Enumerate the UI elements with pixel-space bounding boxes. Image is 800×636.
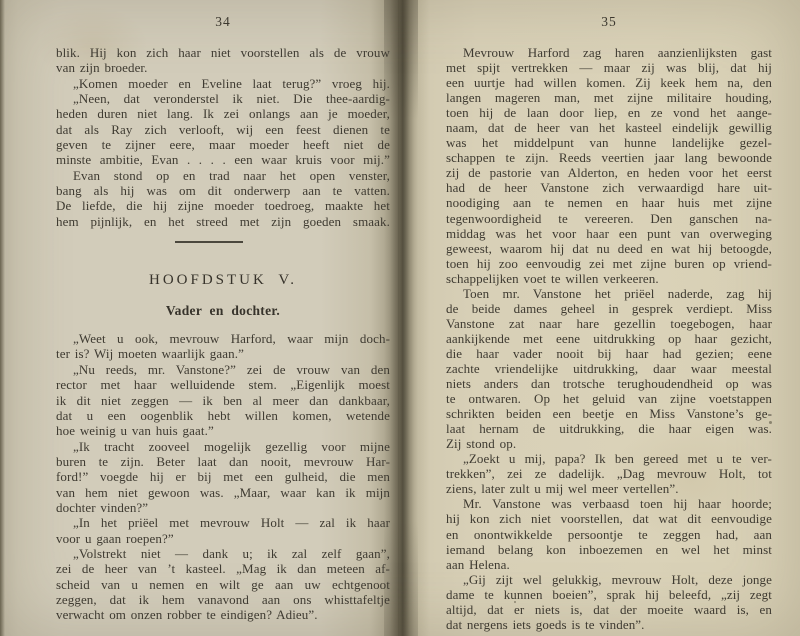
text-line: minste ambitie, Evan . . . . een waar kr… bbox=[56, 152, 390, 167]
text-line: dochter vinden?” bbox=[56, 500, 390, 515]
text-line: toen hij zoo eenvoudig zei met zijne bur… bbox=[446, 256, 772, 271]
text-line: ford!” voegde hij er bij met een gulheid… bbox=[56, 469, 390, 484]
text-line: zei de heer van ’t kasteel. „Mag ik dan … bbox=[56, 561, 390, 576]
text-line: hem pijnlijk, en het streed met zijn goe… bbox=[56, 214, 390, 229]
text-line: zachte vriendelijke uitdrukking, daar wa… bbox=[446, 361, 772, 376]
text-line: die haar vader nooit bij haar had gezien… bbox=[446, 346, 772, 361]
text-line: aankijkende met eene uitdrukking op haar… bbox=[446, 331, 772, 346]
text-line: van hem niet gewoon was. „Maar, waar kan… bbox=[56, 485, 390, 500]
text-line: trekken”, zei ze dadelijk. „Dag mevrouw … bbox=[446, 466, 772, 481]
text-line: scheid van u nemen en wilt ge aan uw ech… bbox=[56, 577, 390, 592]
text-line: schappelijken voet te willen verkeeren. bbox=[446, 271, 772, 286]
text-line: had de heer Vanstone zich verwaardigd ha… bbox=[446, 180, 772, 195]
text-line: voor u gaan roepen?” bbox=[56, 531, 390, 546]
text-line: ik dit niet zeggen — ik ben al meer dan … bbox=[56, 393, 390, 408]
text-line: dat nergens iets goeds is te vinden”. bbox=[446, 617, 772, 632]
text-line: toen hij de laan door liep, en ze vond h… bbox=[446, 105, 772, 120]
text-line: Mevrouw Harford zag haren aanzienlijkste… bbox=[446, 45, 772, 60]
text-line: Evan stond op en trad naar het open vens… bbox=[56, 168, 390, 183]
text-line: „In het priëel met mevrouw Holt — zal ik… bbox=[56, 515, 390, 530]
page-edge-shadow bbox=[0, 0, 5, 636]
text-line: „Volstrekt niet — dank u; ik zal zelf ga… bbox=[56, 546, 390, 561]
text-line: Zij stond op. bbox=[446, 436, 772, 451]
text-line: tegenwoordigheid te vereeren. Den gansch… bbox=[446, 211, 772, 226]
text-line: laat hernam de uitdrukking, die haar eig… bbox=[446, 421, 772, 436]
text-line: geweest, waarom hij dat nu deed en wat h… bbox=[446, 241, 772, 256]
text-line: dame te kunnen boeien”, sprak hij beleef… bbox=[446, 587, 772, 602]
text-line: verwacht om onzen robber te eindigen? Ad… bbox=[56, 607, 390, 622]
text-line: de beide dames geheel in gesprek verdiep… bbox=[446, 301, 772, 316]
text-line: buren te zijn. Beter laat dan nooit, mev… bbox=[56, 454, 390, 469]
text-line: naam, dat de heer van het kasteel eindel… bbox=[446, 120, 772, 135]
text-line: was het middelpunt van hunne landelijke … bbox=[446, 135, 772, 150]
text-line: Vanstone zat naar hare gezellin toegebog… bbox=[446, 316, 772, 331]
text-line: geven te zijner eere, maar moeder heeft … bbox=[56, 137, 390, 152]
left-page-text: blik. Hij kon zich haar niet voorstellen… bbox=[56, 45, 390, 623]
text-line: blik. Hij kon zich haar niet voorstellen… bbox=[56, 45, 390, 60]
text-line: een uurtje had willen komen. Zij keek he… bbox=[446, 75, 772, 90]
right-page-text: Mevrouw Harford zag haren aanzienlijkste… bbox=[446, 45, 772, 632]
text-line: dat als Ray zich verlooft, wij een feest… bbox=[56, 122, 390, 137]
text-line: van zijn broeder. bbox=[56, 60, 390, 75]
page-number-left: 34 bbox=[56, 14, 390, 30]
text-line: „Weet u ook, mevrouw Harford, waar mijn … bbox=[56, 331, 390, 346]
section-divider-rule bbox=[175, 241, 243, 243]
text-line: Toen mr. Vanstone het priëel naderde, za… bbox=[446, 286, 772, 301]
text-line: hoe weinig u van huis gaat.” bbox=[56, 423, 390, 438]
text-line: iemand belang kon inboezemen en wel het … bbox=[446, 542, 772, 557]
text-line: schappen te zijn. Reeds veertien jaar la… bbox=[446, 150, 772, 165]
text-line: noodiging aan te nemen en haar huis met … bbox=[446, 195, 772, 210]
text-line: „Gij zijt wel gelukkig, mevrouw Holt, de… bbox=[446, 572, 772, 587]
book-scan-spread: 34 blik. Hij kon zich haar niet voorstel… bbox=[0, 0, 800, 636]
text-line: rector met haar welluidende stem. „Eigen… bbox=[56, 377, 390, 392]
text-line: met spijt vertrekken — maar zij was blij… bbox=[446, 60, 772, 75]
text-line: zij de pastorie van Alderton, en heden v… bbox=[446, 165, 772, 180]
text-line: Mr. Vanstone was verbaasd toen hij haar … bbox=[446, 496, 772, 511]
text-line: hij kon zich niet voorstellen, dat wat d… bbox=[446, 511, 772, 526]
page-number-right: 35 bbox=[446, 14, 772, 30]
text-line: niets anders dan trotsche terughoudendhe… bbox=[446, 376, 772, 391]
text-line: „Nu reeds, mr. Vanstone?” zei de vrouw v… bbox=[56, 362, 390, 377]
text-line: bang als hij was om dit onderwerp aan te… bbox=[56, 183, 390, 198]
text-line: „Ik tracht zooveel mogelijk gezellig voo… bbox=[56, 439, 390, 454]
text-line: te ontwaren. Op het geluid van zijne voe… bbox=[446, 391, 772, 406]
text-line: aan Helena. bbox=[446, 557, 772, 572]
text-line: heden duren niet lang. Ik zei onlangs aa… bbox=[56, 106, 390, 121]
text-line: middag was het voor haar een punt van ov… bbox=[446, 226, 772, 241]
right-text-column: 35 Mevrouw Harford zag haren aanzienlijk… bbox=[446, 14, 772, 632]
text-line: De liefde, die hij zijne moeder toedroeg… bbox=[56, 198, 390, 213]
text-line: ziens, later zult u mij wel meer vertell… bbox=[446, 481, 772, 496]
text-line: dat u een oogenblik hebt willen komen, w… bbox=[56, 408, 390, 423]
text-line: zeggen, dat ik hem vanavond aan ons whis… bbox=[56, 592, 390, 607]
text-line: „Zoekt u mij, papa? Ik ben gereed met u … bbox=[446, 451, 772, 466]
left-text-column: 34 blik. Hij kon zich haar niet voorstel… bbox=[56, 14, 390, 623]
text-line: „Komen moeder en Eveline laat terug?” vr… bbox=[56, 76, 390, 91]
section-title: Vader en dochter. bbox=[56, 302, 390, 319]
chapter-heading: HOOFDSTUK V. bbox=[56, 271, 390, 290]
text-line: altijd, dat er niets is, dat der moeite … bbox=[446, 602, 772, 617]
text-line: schrikten beiden een beetje en Miss Vans… bbox=[446, 406, 772, 421]
text-line: en onontwikkelde persoontje te zeggen ha… bbox=[446, 527, 772, 542]
text-line: ter is? Wij moeten waarlijk gaan.” bbox=[56, 346, 390, 361]
text-line: „Neen, dat veronderstel ik niet. Die the… bbox=[56, 91, 390, 106]
text-line: langen mageren man, met zijne militaire … bbox=[446, 90, 772, 105]
